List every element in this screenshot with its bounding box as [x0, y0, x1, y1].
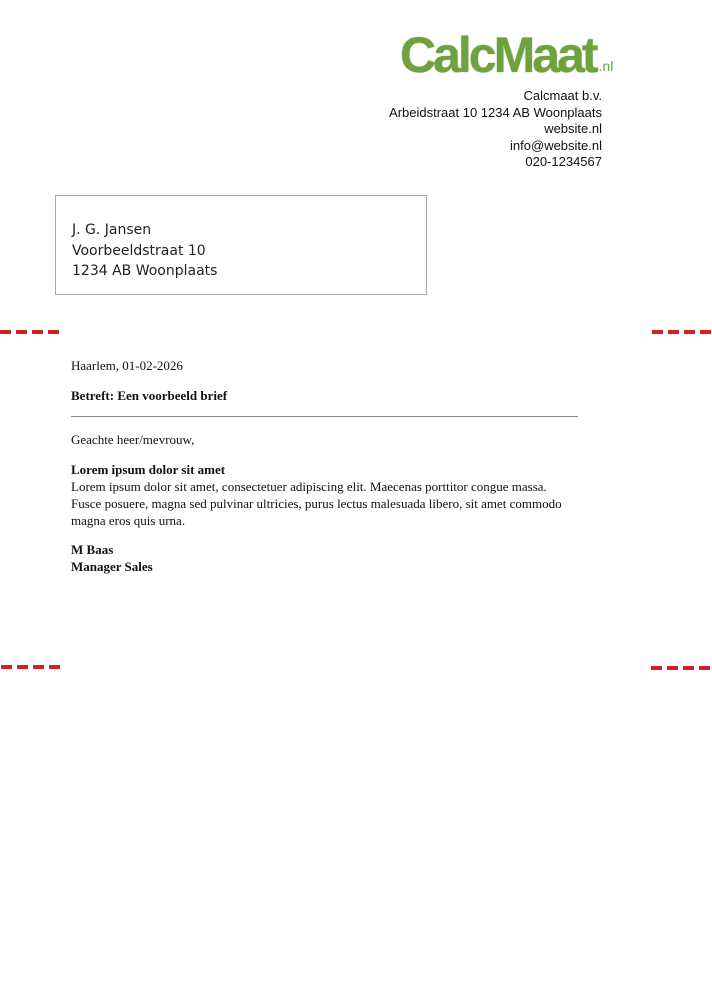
recipient-name: J. G. Jansen: [72, 220, 217, 241]
section-heading: Lorem ipsum dolor sit amet: [71, 461, 579, 478]
company-name: Calcmaat b.v.: [389, 88, 602, 105]
logo-suffix: .nl: [599, 58, 614, 74]
recipient-city: 1234 AB Woonplaats: [72, 261, 217, 282]
fold-mark-top-left: [0, 330, 59, 334]
salutation: Geachte heer/mevrouw,: [71, 431, 579, 448]
logo-wordmark: CalcMaat: [400, 30, 596, 80]
company-logo: CalcMaat .nl: [400, 28, 613, 80]
body-paragraph: Lorem ipsum dolor sit amet, consectetuer…: [71, 478, 579, 529]
fold-mark-bottom-left: [1, 665, 60, 669]
recipient-address: J. G. Jansen Voorbeeldstraat 10 1234 AB …: [72, 220, 217, 282]
place-date: Haarlem, 01-02-2026: [71, 357, 579, 374]
subject-divider: [71, 416, 578, 417]
fold-mark-top-right: [652, 330, 711, 334]
fold-mark-bottom-right: [651, 666, 710, 670]
company-details: Calcmaat b.v. Arbeidstraat 10 1234 AB Wo…: [389, 88, 602, 171]
signature: M Baas Manager Sales: [71, 541, 579, 575]
subject-line: Betreft: Een voorbeeld brief: [71, 387, 579, 404]
company-phone: 020-1234567: [389, 154, 602, 171]
signer-title: Manager Sales: [71, 558, 579, 575]
company-address: Arbeidstraat 10 1234 AB Woonplaats: [389, 105, 602, 122]
company-website: website.nl: [389, 121, 602, 138]
signer-name: M Baas: [71, 541, 579, 558]
recipient-address-box: J. G. Jansen Voorbeeldstraat 10 1234 AB …: [55, 195, 427, 295]
recipient-street: Voorbeeldstraat 10: [72, 241, 217, 262]
letter-body: Haarlem, 01-02-2026 Betreft: Een voorbee…: [71, 357, 579, 575]
company-email: info@website.nl: [389, 138, 602, 155]
